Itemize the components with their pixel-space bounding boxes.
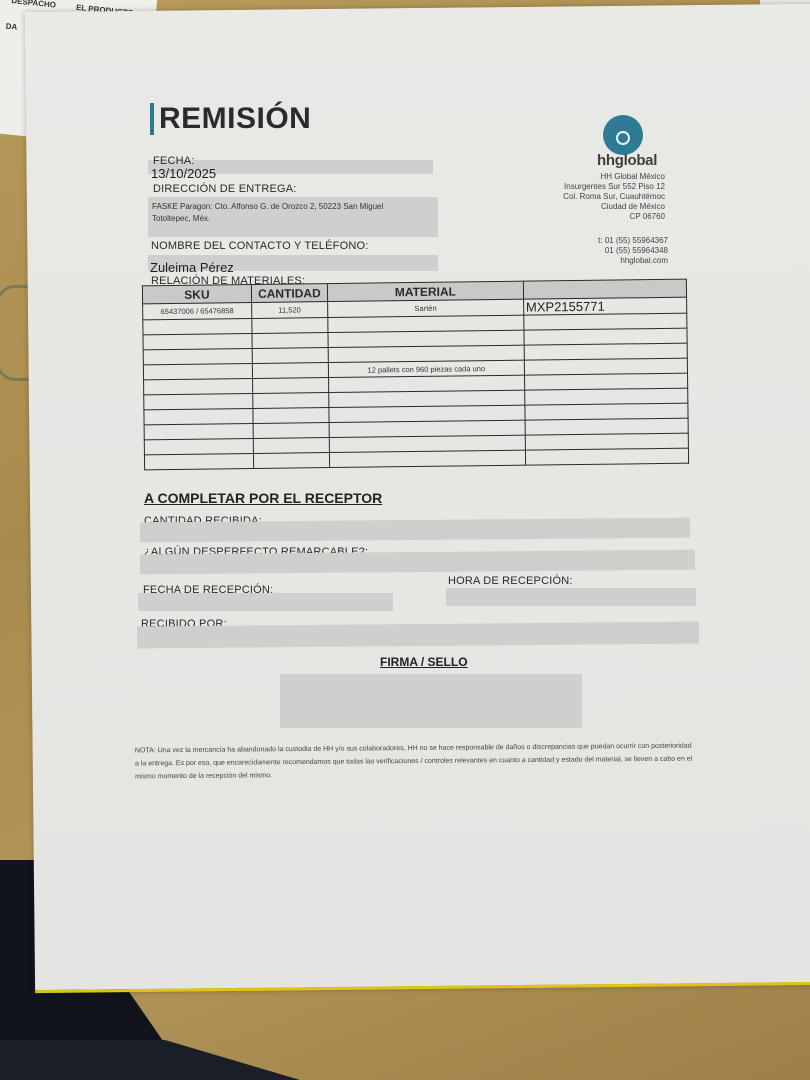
table-cell — [144, 378, 253, 394]
table-cell — [143, 363, 252, 379]
header-extra — [523, 279, 686, 299]
hora-recepcion-field[interactable] — [446, 588, 696, 606]
address-line: Ciudad de México — [563, 202, 665, 212]
header-cantidad: CANTIDAD — [251, 284, 327, 303]
table-cell — [252, 363, 328, 379]
header-material: MATERIAL — [327, 281, 523, 301]
contacto-value: Zuleima Pérez — [150, 260, 234, 275]
nota-disclaimer: NOTA: Una vez la mercancía ha abandonado… — [135, 740, 695, 784]
table-cell — [253, 438, 329, 454]
address-line: HH Global México — [563, 172, 665, 182]
address-line: Insurgentes Sur 552 Piso 12 — [563, 182, 665, 192]
table-cell — [252, 378, 328, 394]
document-content: REMISIÓN FECHA: 13/10/2025 DIRECCIÓN DE … — [0, 0, 810, 1080]
address-line: Col. Roma Sur, Cuauhtémoc — [563, 192, 665, 202]
table-cell — [144, 453, 253, 469]
table-cell — [253, 453, 329, 469]
table-cell — [253, 393, 329, 409]
document-title: REMISIÓN — [150, 103, 311, 135]
receptor-section-title: A COMPLETAR POR EL RECEPTOR — [144, 490, 382, 506]
phone-line: 01 (55) 55964348 — [598, 246, 668, 256]
company-logo-text: hhglobal — [597, 152, 657, 169]
website: hhglobal.com — [598, 256, 668, 266]
fecha-value: 13/10/2025 — [151, 166, 216, 181]
header-sku: SKU — [142, 285, 251, 304]
table-cell — [329, 450, 525, 467]
table-cell — [144, 393, 253, 409]
company-phones: t: 01 (55) 55964367 01 (55) 55964348 hhg… — [598, 236, 668, 266]
table-cell — [144, 408, 253, 424]
table-cell — [144, 438, 253, 454]
contacto-label: NOMBRE DEL CONTACTO Y TELÉFONO: — [151, 240, 368, 252]
table-cell — [253, 423, 329, 439]
table-cell — [143, 348, 252, 364]
direccion-line1: FASKE Paragon: Cto. Alfonso G. de Orozco… — [152, 202, 383, 211]
firma-label: FIRMA / SELLO — [380, 655, 468, 669]
table-cell — [252, 318, 328, 334]
table-cell — [144, 423, 253, 439]
fecha-recepcion-field[interactable] — [138, 593, 393, 611]
table-cell — [253, 408, 329, 424]
company-address: HH Global México Insurgentes Sur 552 Pis… — [563, 172, 665, 222]
table-cell: 65437006 / 65476858 — [143, 302, 252, 319]
materials-table: SKU CANTIDAD MATERIAL 65437006 / 6547685… — [142, 279, 689, 471]
table-cell — [252, 348, 328, 364]
table-cell — [143, 318, 252, 334]
table-cell — [143, 333, 252, 349]
table-cell — [525, 448, 688, 465]
phone-line: t: 01 (55) 55964367 — [598, 236, 668, 246]
desperfecto-field[interactable] — [140, 550, 695, 575]
direccion-line2: Totoltepec, Méx. — [152, 214, 210, 223]
hora-recepcion-label: HORA DE RECEPCIÓN: — [448, 575, 573, 587]
recibido-por-field[interactable] — [137, 622, 699, 649]
firma-field[interactable] — [280, 674, 582, 728]
hhglobal-logo-icon — [603, 115, 643, 155]
address-line: CP 06760 — [563, 212, 665, 222]
table-cell: 11,520 — [251, 302, 327, 319]
direccion-label: DIRECCIÓN DE ENTREGA: — [153, 183, 297, 195]
table-cell — [252, 333, 328, 349]
cantidad-recibida-field[interactable] — [140, 518, 690, 543]
